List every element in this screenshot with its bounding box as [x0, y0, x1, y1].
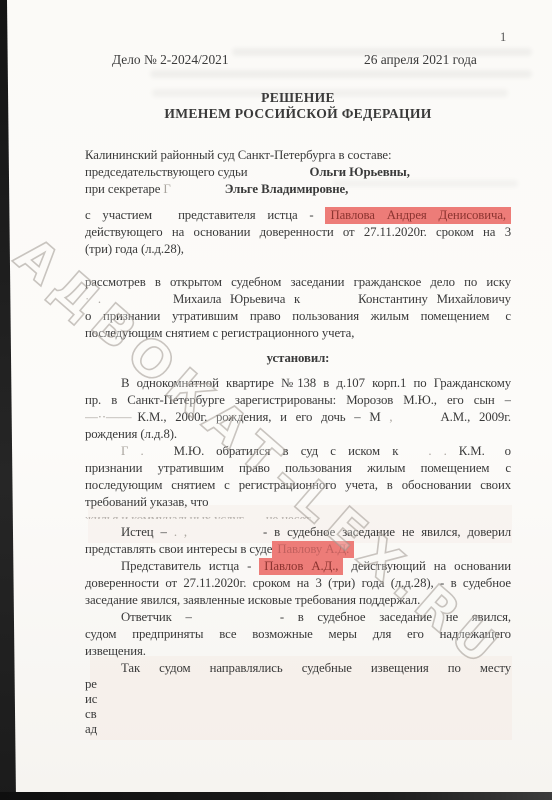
text-run: А.М., 2009г.: [441, 410, 511, 424]
redacted-blank: [489, 471, 505, 472]
text-run: с: [505, 309, 511, 323]
text-run: Так судом направлялись судебные извещени…: [121, 661, 511, 675]
text-run: извещения.: [85, 644, 146, 658]
doc-line: рассмотрев в открытом судебном заседании…: [85, 274, 511, 291]
text-run: требований указав, что: [85, 495, 208, 509]
text-run: В однокомнатной квартире №138 в д.107 ко…: [121, 376, 511, 390]
redacted-blank: [300, 302, 358, 303]
faint-trace: ,: [381, 410, 393, 424]
doc-line: извещения.: [85, 643, 511, 660]
doc-line: —··——К.М., 2000г. рождения, и его дочь –…: [85, 409, 511, 426]
bottom-scan-edge: [0, 792, 552, 800]
redacted-blank: [204, 454, 216, 455]
text-run: судом предприняты все возможные меры для…: [85, 627, 511, 641]
paragraph-spacer: [85, 367, 511, 375]
doc-line: действующего на основании доверенности о…: [85, 224, 511, 241]
text-run: К.М.: [459, 444, 485, 458]
redacted-blank: [187, 535, 263, 536]
text-run: действующего на основании доверенности о…: [85, 225, 511, 239]
redacted-blank: [144, 454, 174, 455]
faint-trace: Г .: [121, 444, 144, 458]
redacted-blank: [247, 175, 309, 176]
doc-line: с участиемпредставителя истца - Павлова …: [85, 207, 511, 224]
redacted-blank: [192, 620, 280, 621]
redacted-blank: [447, 454, 459, 455]
faint-trace: · .: [85, 292, 101, 306]
text-run: М.Ю.: [174, 444, 205, 458]
doc-line: св: [85, 707, 511, 722]
text-run: - в судебное заседание не явился, довери…: [263, 525, 511, 539]
faint-trace: не несет.: [266, 512, 313, 519]
doc-line: ад: [85, 722, 511, 737]
text-run: доверенности от 27.11.2020г. сроком на 3…: [85, 576, 511, 590]
text-run: с участием: [85, 208, 152, 222]
doc-line: председательствующего судьиОльги Юрьевны…: [85, 164, 511, 181]
text-run: св: [85, 707, 97, 721]
doc-line: Ответчик –- в судебное заседание не явил…: [85, 609, 511, 626]
doc-line: последующим снятием с регистрационного у…: [85, 477, 511, 494]
doc-line: (три) года (л.д.28),: [85, 241, 511, 258]
redacted-blank: [489, 319, 505, 320]
document-title: РЕШЕНИЕ ИМЕНЕМ РОССИЙСКОЙ ФЕДЕРАЦИИ: [85, 90, 511, 122]
left-scan-edge: [0, 0, 18, 800]
text-run: о: [505, 444, 511, 458]
highlighted-name: Павлову А.Д.: [272, 541, 354, 558]
doc-line: пр. в Санкт-Петербурге зарегистрированы:…: [85, 392, 511, 409]
doc-line: установил:: [85, 350, 511, 367]
text-run: о признании утратившим право пользования…: [85, 309, 489, 323]
scan-page: 1 Дело № 2-2024/2021 26 апреля 2021 года…: [0, 0, 552, 800]
doc-line: представлять свои интересы в судеПавлову…: [85, 541, 511, 558]
case-number: Дело № 2-2024/2021: [112, 52, 229, 68]
doc-line: о признании утратившим право пользования…: [85, 308, 511, 325]
text-run: ре: [85, 677, 97, 691]
text-run: рождения (л.д.8).: [85, 427, 177, 441]
text-run: действующий на основании: [343, 559, 511, 573]
decision-date: 26 апреля 2021 года: [364, 52, 477, 68]
text-run: - в судебное заседание не явился,: [280, 610, 511, 624]
text-run: последующим снятием с регистрационного у…: [85, 326, 354, 340]
faint-trace: Г: [163, 182, 170, 196]
doc-line: ис: [85, 692, 511, 707]
text-run: обратился в суд с иском к: [216, 444, 398, 458]
doc-line: судом предприняты все возможные меры для…: [85, 626, 511, 643]
text-run: Истец –: [121, 525, 174, 539]
title-reshenie: РЕШЕНИЕ: [85, 90, 511, 106]
redacted-blank: [393, 420, 441, 421]
doc-line: Г .М.Ю.обратился в суд с иском к. .К.М.о: [85, 443, 511, 460]
bold-text: Эльге Владимировне,: [225, 182, 349, 196]
redacted-blank: [485, 454, 505, 455]
document-body: Калининский районный суд Санкт-Петербург…: [85, 147, 511, 737]
text-run: пр. в Санкт-Петербурге зарегистрированы:…: [85, 393, 511, 407]
text-run: ад: [85, 722, 97, 736]
highlighted-name: Павлова Андрея Денисовича,: [325, 207, 511, 224]
doc-line: Представитель истца - Павлов А.Д., дейст…: [85, 558, 511, 575]
bold-text: Ольги Юрьевны,: [309, 165, 409, 179]
doc-line: последующим снятием с регистрационного у…: [85, 325, 511, 342]
text-run: с: [505, 461, 511, 475]
text-run: (три) года (л.д.28),: [85, 242, 184, 256]
title-imenem: ИМЕНЕМ РОССИЙСКОЙ ФЕДЕРАЦИИ: [85, 106, 511, 122]
redacted-blank: [152, 218, 178, 219]
paragraph-spacer: [85, 258, 511, 274]
doc-line: жилья и коммунальных услугне несет.: [85, 511, 511, 519]
page-number: 1: [500, 30, 506, 45]
text-run: рассмотрев в открытом судебном заседании…: [85, 275, 511, 289]
text-run: представителя истца -: [178, 208, 325, 222]
doc-line: ре: [85, 677, 511, 692]
paragraph-spacer: [85, 342, 511, 350]
doc-line: · .Михаила Юрьевича кКонстантину Михайло…: [85, 291, 511, 308]
paragraph-spacer: [85, 198, 511, 207]
text-run: Константину Михайловичу: [358, 292, 511, 306]
text-run: председательствующего судьи: [85, 165, 247, 179]
text-run: признании утратившим право пользования ж…: [85, 461, 489, 475]
doc-line: заседание явился, заявленные исковые тре…: [85, 592, 511, 609]
text-run: заседание явился, заявленные исковые тре…: [85, 593, 420, 607]
doc-line: требований указав, что: [85, 494, 511, 511]
redacted-blank: [171, 192, 225, 193]
bold-text: установил:: [267, 351, 330, 365]
redacted-blank: [398, 454, 428, 455]
doc-line: при секретаре ГЭльге Владимировне,: [85, 181, 511, 198]
doc-line: рождения (л.д.8).: [85, 426, 511, 443]
doc-line: Истец – . ,- в судебное заседание не яви…: [85, 524, 511, 541]
text-run: последующим снятием с регистрационного у…: [85, 478, 511, 492]
doc-line: доверенности от 27.11.2020г. сроком на 3…: [85, 575, 511, 592]
doc-line: Калининский районный суд Санкт-Петербург…: [85, 147, 511, 164]
text-run: Ответчик –: [121, 610, 192, 624]
text-run: ис: [85, 692, 97, 706]
faint-trace: . .: [428, 444, 446, 458]
faint-trace: жилья и коммунальных услуг: [85, 512, 244, 519]
text-run: при секретаре: [85, 182, 163, 196]
text-run: Калининский районный суд Санкт-Петербург…: [85, 148, 391, 162]
text-run: К.М., 2000г. рождения, и его дочь – М: [137, 410, 380, 424]
faint-trace: . ,: [174, 525, 187, 539]
highlighted-name: Павлов А.Д.,: [259, 558, 343, 575]
faint-trace: —··——: [85, 410, 131, 424]
text-run: Михаила Юрьевича к: [173, 292, 300, 306]
doc-line: Так судом направлялись судебные извещени…: [85, 660, 511, 677]
doc-line: В однокомнатной квартире №138 в д.107 ко…: [85, 375, 511, 392]
bleedthrough-smudge: [150, 70, 532, 78]
text-run: Представитель истца -: [121, 559, 259, 573]
redacted-blank: [101, 302, 173, 303]
text-run: представлять свои интересы в суде: [85, 542, 272, 556]
doc-line: признании утратившим право пользования ж…: [85, 460, 511, 477]
